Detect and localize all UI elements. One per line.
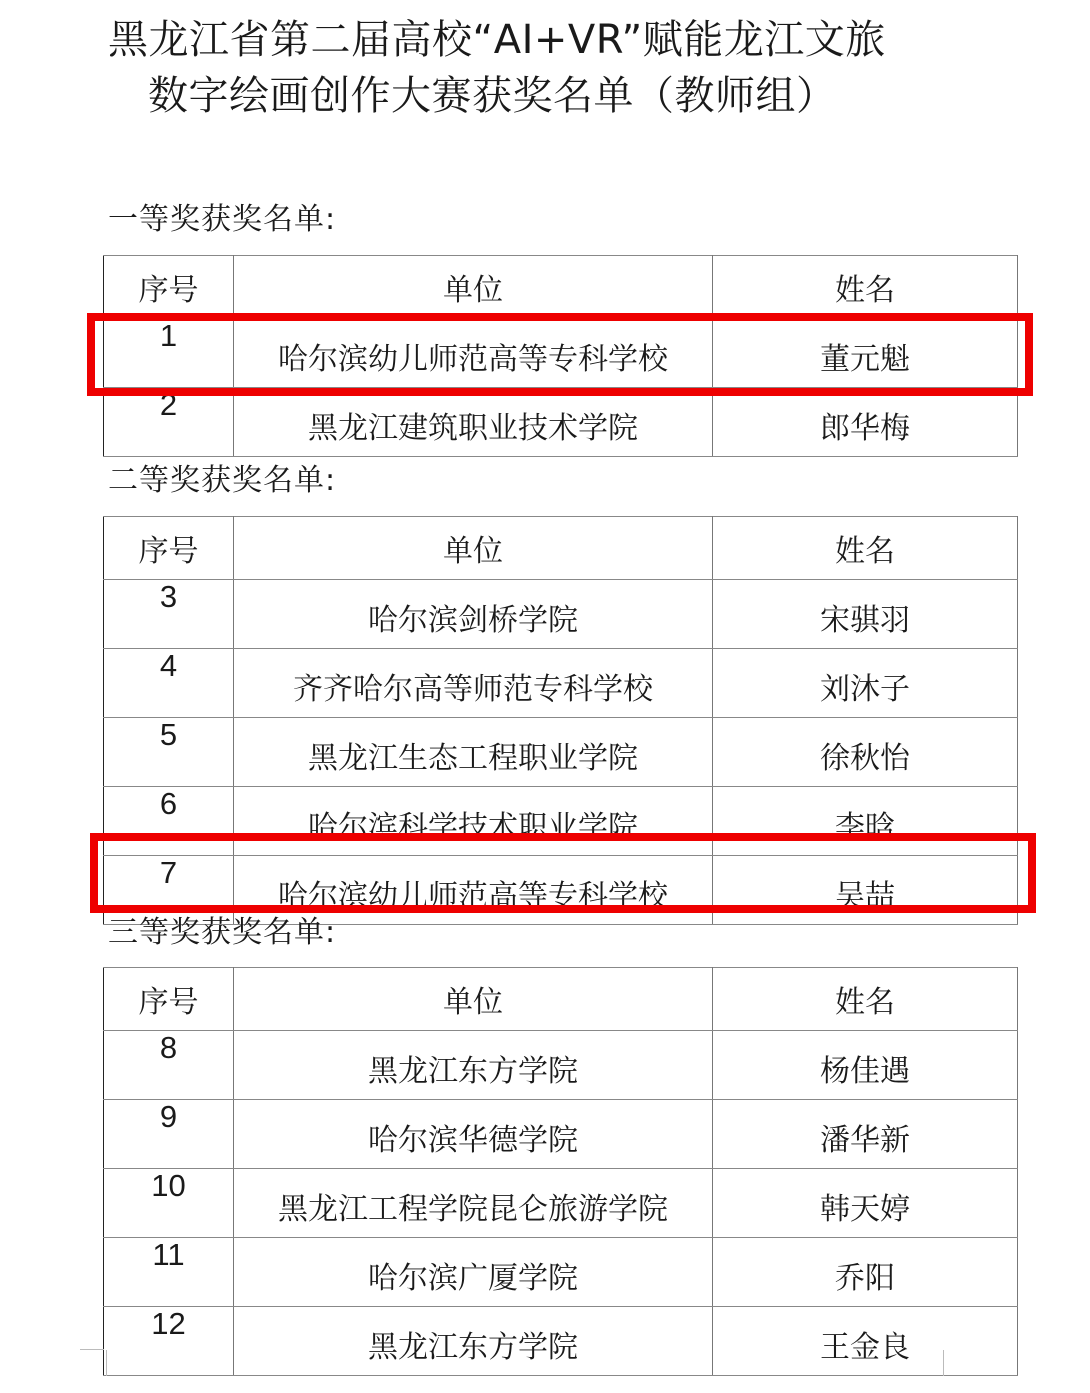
row-unit: 哈尔滨幼儿师范高等专科学校 — [234, 319, 713, 388]
row-name: 徐秋怡 — [713, 718, 1018, 787]
row-index: 11 — [104, 1238, 234, 1307]
table-header-row: 序号 单位 姓名 — [104, 256, 1018, 319]
page-corner-mark-left — [80, 1349, 104, 1350]
header-index: 序号 — [104, 968, 234, 1031]
row-unit: 哈尔滨科学技术职业学院 — [234, 787, 713, 856]
row-index: 3 — [104, 580, 234, 649]
row-unit: 哈尔滨华德学院 — [234, 1100, 713, 1169]
row-index: 4 — [104, 649, 234, 718]
third-prize-label: 三等奖获奖名单: — [108, 913, 336, 953]
row-index: 2 — [104, 388, 234, 457]
table-row: 5 黑龙江生态工程职业学院 徐秋怡 — [104, 718, 1018, 787]
document-title: 黑龙江省第二届高校“AI+VR”赋能龙江文旅 数字绘画创作大赛获奖名单（教师组） — [108, 12, 968, 124]
row-name: 杨佳遇 — [713, 1031, 1018, 1100]
table-row: 8 黑龙江东方学院 杨佳遇 — [104, 1031, 1018, 1100]
header-name: 姓名 — [713, 256, 1018, 319]
row-index: 1 — [104, 319, 234, 388]
header-unit: 单位 — [234, 256, 713, 319]
header-unit: 单位 — [234, 517, 713, 580]
header-name: 姓名 — [713, 968, 1018, 1031]
row-name: 潘华新 — [713, 1100, 1018, 1169]
row-index: 9 — [104, 1100, 234, 1169]
table-row: 2 黑龙江建筑职业技术学院 郎华梅 — [104, 388, 1018, 457]
second-prize-table: 序号 单位 姓名 3 哈尔滨剑桥学院 宋骐羽 4 齐齐哈尔高等师范专科学校 刘沐… — [103, 516, 1018, 925]
third-prize-table: 序号 单位 姓名 8 黑龙江东方学院 杨佳遇 9 哈尔滨华德学院 潘华新 10 … — [103, 967, 1018, 1376]
row-unit: 黑龙江工程学院昆仑旅游学院 — [234, 1169, 713, 1238]
title-line-2: 数字绘画创作大赛获奖名单（教师组） — [108, 68, 968, 124]
row-index: 12 — [104, 1307, 234, 1376]
title-line-1: 黑龙江省第二届高校“AI+VR”赋能龙江文旅 — [108, 17, 886, 63]
row-unit: 黑龙江东方学院 — [234, 1307, 713, 1376]
second-prize-label: 二等奖获奖名单: — [108, 461, 336, 501]
row-name: 王金良 — [713, 1307, 1018, 1376]
row-name: 韩天婷 — [713, 1169, 1018, 1238]
row-name: 李晗 — [713, 787, 1018, 856]
page-corner-mark-left-vertical — [106, 1350, 107, 1376]
page-corner-mark-right-vertical — [943, 1350, 944, 1376]
table-header-row: 序号 单位 姓名 — [104, 517, 1018, 580]
table-header-row: 序号 单位 姓名 — [104, 968, 1018, 1031]
row-index: 10 — [104, 1169, 234, 1238]
row-name: 吴喆 — [713, 856, 1018, 925]
row-name: 郎华梅 — [713, 388, 1018, 457]
row-unit: 黑龙江东方学院 — [234, 1031, 713, 1100]
table-row: 12 黑龙江东方学院 王金良 — [104, 1307, 1018, 1376]
row-unit: 黑龙江建筑职业技术学院 — [234, 388, 713, 457]
header-index: 序号 — [104, 517, 234, 580]
row-unit: 哈尔滨剑桥学院 — [234, 580, 713, 649]
table-row: 1 哈尔滨幼儿师范高等专科学校 董元魁 — [104, 319, 1018, 388]
table-row: 10 黑龙江工程学院昆仑旅游学院 韩天婷 — [104, 1169, 1018, 1238]
table-row: 6 哈尔滨科学技术职业学院 李晗 — [104, 787, 1018, 856]
row-name: 董元魁 — [713, 319, 1018, 388]
row-index: 6 — [104, 787, 234, 856]
header-index: 序号 — [104, 256, 234, 319]
first-prize-table: 序号 单位 姓名 1 哈尔滨幼儿师范高等专科学校 董元魁 2 黑龙江建筑职业技术… — [103, 255, 1018, 457]
row-unit: 哈尔滨广厦学院 — [234, 1238, 713, 1307]
row-index: 5 — [104, 718, 234, 787]
row-name: 乔阳 — [713, 1238, 1018, 1307]
row-name: 刘沐子 — [713, 649, 1018, 718]
first-prize-label: 一等奖获奖名单: — [108, 200, 336, 240]
row-unit: 齐齐哈尔高等师范专科学校 — [234, 649, 713, 718]
table-row: 11 哈尔滨广厦学院 乔阳 — [104, 1238, 1018, 1307]
header-unit: 单位 — [234, 968, 713, 1031]
table-row: 9 哈尔滨华德学院 潘华新 — [104, 1100, 1018, 1169]
row-name: 宋骐羽 — [713, 580, 1018, 649]
header-name: 姓名 — [713, 517, 1018, 580]
row-index: 8 — [104, 1031, 234, 1100]
table-row: 3 哈尔滨剑桥学院 宋骐羽 — [104, 580, 1018, 649]
table-row: 4 齐齐哈尔高等师范专科学校 刘沐子 — [104, 649, 1018, 718]
row-unit: 黑龙江生态工程职业学院 — [234, 718, 713, 787]
